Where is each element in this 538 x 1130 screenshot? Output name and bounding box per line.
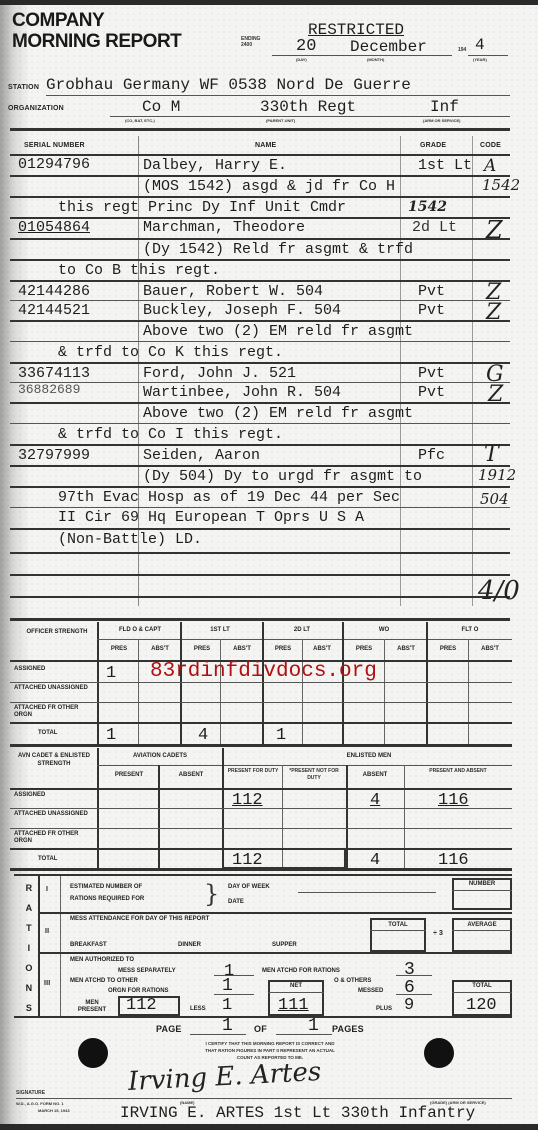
binder-hole-left <box>78 1038 108 1068</box>
row-rule <box>10 320 510 322</box>
grade-code-divider <box>472 136 473 606</box>
rations-letter: T <box>24 918 34 938</box>
station-label: STATION <box>8 84 39 91</box>
sub-pres: PRES <box>264 646 302 652</box>
roster-text: Above two (2) EM reld fr asgmt <box>143 323 413 340</box>
row-total: TOTAL <box>38 730 57 736</box>
section-iii: III <box>44 980 50 987</box>
officer-signature: Irving E. Artes <box>127 1057 322 1097</box>
rations-letter: R <box>24 878 34 898</box>
estimated-label-2: RATIONS REQUIRED FOR <box>70 896 144 902</box>
sub-absent-em: ABSENT <box>348 772 402 778</box>
row-rule <box>10 552 510 554</box>
net-value: 111 <box>278 996 309 1015</box>
roster-serial: 32797999 <box>18 447 90 464</box>
row-rule <box>10 788 512 790</box>
page-number: 1 <box>222 1016 233 1036</box>
roster-text: (MOS 1542) asgd & jd fr Co H <box>143 178 395 195</box>
roster-serial: 33674113 <box>18 365 90 382</box>
rations-side-label: R A T I O N S <box>24 878 34 1018</box>
group-fld-o-capt: FLD O & CAPT <box>100 627 180 633</box>
row-assigned: ASSIGNED <box>14 666 45 672</box>
rations-section: R A T I O N S I II III ESTIMATED NUMBER … <box>0 872 538 1018</box>
arm-value: Inf <box>430 98 459 116</box>
row-rule <box>10 702 512 703</box>
mess-total-label: TOTAL <box>370 922 426 928</box>
organization-label: ORGANIZATION <box>8 105 64 112</box>
roster-code: T <box>484 442 499 467</box>
less-value: 1 <box>222 996 232 1015</box>
roster-serial: 42144286 <box>18 283 90 300</box>
row-rule <box>10 280 510 282</box>
roster-code: 1912 <box>478 466 516 484</box>
roster-text: Above two (2) EM reld fr asgmt <box>143 405 413 422</box>
group-1st-lt: 1ST LT <box>180 627 260 633</box>
officer-total-fld-pres: 1 <box>106 726 116 745</box>
report-day: 20 <box>296 37 316 56</box>
estimated-label-1: ESTIMATED NUMBER OF <box>70 884 142 890</box>
col-divider <box>384 639 385 744</box>
col-divider <box>180 622 182 744</box>
roster-grade: 1st Lt <box>418 157 472 174</box>
report-month: December <box>350 38 427 56</box>
roster-grade: Pvt <box>418 365 445 382</box>
row-rule <box>10 722 512 724</box>
report-year: 4 <box>475 36 485 54</box>
certify-line: THAT RATION FIGURES IN PART II REPRESENT… <box>140 1047 400 1054</box>
section-ii: II <box>45 928 49 935</box>
roster-grade: Pfc <box>418 447 445 464</box>
roster-text: Bauer, Robert W. 504 <box>143 283 323 300</box>
parent-caption: (PARENT UNIT) <box>266 118 295 123</box>
officer-total-2d-pres: 1 <box>276 726 286 745</box>
em-assigned-present-and-absent: 116 <box>438 791 469 810</box>
net-label: NET <box>268 983 324 989</box>
men-atchd-other-label-1: MEN ATCHD TO OTHER <box>70 978 138 984</box>
col-code: CODE <box>480 142 501 149</box>
sub-absent: ABSENT <box>160 772 222 778</box>
row-rule <box>10 596 510 598</box>
row-rule <box>10 744 512 747</box>
average-label: AVERAGE <box>452 922 512 928</box>
col-name: NAME <box>255 142 276 149</box>
col-serial-number: SERIAL NUMBER <box>24 142 85 149</box>
men-atchd-for-value: 3 <box>404 960 415 980</box>
em-total-present-and-absent: 116 <box>438 851 469 870</box>
rations-letter: O <box>24 958 34 978</box>
row-rule <box>10 574 510 576</box>
men-atchd-other-label-2: ORGN FOR RATIONS <box>108 988 169 994</box>
col-divider <box>97 622 99 744</box>
roster-text: (Dy 1542) Reld fr asgmt & trfd <box>143 241 413 258</box>
em-total-absent: 4 <box>370 851 380 870</box>
signature-label: SIGNATURE <box>16 1090 45 1096</box>
men-atchd-for-label: MEN ATCHD FOR RATIONS <box>262 968 340 974</box>
sub-present-and-absent: PRESENT AND ABSENT <box>404 768 512 775</box>
roster-serial: 36882689 <box>18 382 80 397</box>
roster-text: Buckley, Joseph F. 504 <box>143 302 341 319</box>
row-rule <box>10 528 510 530</box>
em-assigned-absent: 4 <box>370 791 380 810</box>
roster-text: Ford, John J. 521 <box>143 365 296 382</box>
roster-text: to Co B this regt. <box>58 262 220 279</box>
plus-value: 9 <box>404 996 414 1015</box>
row-rule <box>10 486 510 488</box>
certify-line: I CERTIFY THAT THIS MORNING REPORT IS CO… <box>140 1040 400 1047</box>
sub-pres: PRES <box>182 646 222 652</box>
row-rule <box>10 362 510 364</box>
arm-caption: (ARM OR SERVICE) <box>423 118 460 123</box>
form-title: COMPANY MORNING REPORT <box>12 10 181 52</box>
grand-total-label: TOTAL <box>452 983 512 989</box>
sub-pres: PRES <box>428 646 468 652</box>
row-rule <box>10 238 510 240</box>
col-divider <box>262 622 264 744</box>
row-attached-other: ATTACHED FR OTHER ORGN <box>14 705 94 719</box>
col-divider <box>346 765 348 868</box>
row-rule <box>10 444 510 446</box>
month-caption: (MONTH) <box>367 57 384 62</box>
col-grade: GRADE <box>420 142 446 149</box>
form-label-2: MARCH 15, 1943 <box>38 1108 70 1113</box>
roster-serial: 42144521 <box>18 302 90 319</box>
col-divider <box>38 874 40 1016</box>
group-2d-lt: 2D LT <box>262 627 342 633</box>
year-underline <box>468 55 508 56</box>
plus-label: PLUS <box>376 1006 392 1012</box>
row-rule <box>14 1016 512 1018</box>
row-rule <box>10 175 510 177</box>
field-underline <box>396 975 432 976</box>
col-divider <box>138 639 139 744</box>
field-underline <box>190 1034 246 1035</box>
sub-abst: ABS'T <box>384 646 428 652</box>
date-label: DATE <box>228 899 244 905</box>
less-label: LESS <box>190 1006 206 1012</box>
ending-time-text: 2400 <box>241 42 260 48</box>
col-divider <box>220 639 221 744</box>
grand-total-value: 120 <box>466 996 497 1015</box>
roster-text: Marchman, Theodore <box>143 219 305 236</box>
field-underline <box>396 994 432 995</box>
sub-abst: ABS'T <box>140 646 180 652</box>
col-divider <box>404 765 405 868</box>
roster-text: Wartinbee, John R. 504 <box>143 384 341 401</box>
sub-present: PRESENT <box>100 772 158 778</box>
signature-line <box>16 1098 512 1099</box>
col-divider <box>158 765 160 868</box>
box-rule <box>452 992 512 993</box>
row-rule <box>10 341 510 342</box>
company-caption: (CO, BAT, ETC.) <box>125 118 155 123</box>
officer-strength-table: OFFICER STRENGTH FLD O & CAPT 1ST LT 2D … <box>0 622 538 744</box>
sub-abst: ABS'T <box>468 646 512 652</box>
row-rule <box>10 618 510 621</box>
day-of-week-field[interactable] <box>298 892 436 893</box>
company-value: Co M <box>142 98 180 116</box>
form-label-1: W.D., A.G.O. FORM NO. 1 <box>16 1101 64 1106</box>
group-enlisted-men: ENLISTED MEN <box>224 753 514 759</box>
row-rule <box>14 874 512 876</box>
row-rule <box>10 382 510 383</box>
col-divider <box>426 622 428 744</box>
roster-text: this regt Princ Dy Inf Unit Cmdr <box>58 199 346 216</box>
row-rule <box>38 952 512 954</box>
ending-label: ENDING 2400 <box>241 36 260 48</box>
enlisted-strength-table: AVN CADET & ENLISTED STRENGTH AVIATION C… <box>0 748 538 870</box>
row-rule <box>10 507 510 508</box>
org-underline <box>110 116 510 117</box>
officer-strength-label: OFFICER STRENGTH <box>22 628 92 636</box>
year-caption: (YEAR) <box>473 57 487 62</box>
row-rule <box>38 912 512 914</box>
row-rule <box>10 423 510 424</box>
breakfast-label: BREAKFAST <box>70 942 107 948</box>
field-underline <box>214 994 254 995</box>
scan-border-bottom <box>0 1124 538 1130</box>
row-rule <box>10 828 512 829</box>
page-count: 1 <box>308 1016 319 1036</box>
station-underline <box>46 95 510 96</box>
row-rule <box>10 196 510 198</box>
dinner-label: DINNER <box>178 942 201 948</box>
group-flt-o: FLT O <box>428 627 512 633</box>
date-underline <box>272 55 452 56</box>
row-rule <box>10 259 510 261</box>
roster-serial: 01294796 <box>18 156 90 173</box>
margin-note: 4/0 <box>478 580 520 602</box>
roster-code: A <box>484 156 496 176</box>
men-atchd-other-value: 1 <box>222 976 233 996</box>
row-rule <box>10 402 510 404</box>
men-present-label: MEN PRESENT <box>74 1000 110 1014</box>
rations-letter: N <box>24 978 34 998</box>
roster-text: Dalbey, Harry E. <box>143 157 287 174</box>
row-assigned: ASSIGNED <box>14 792 45 798</box>
em-total-present-duty: 112 <box>232 851 263 870</box>
roster-code: 504 <box>480 490 509 508</box>
box-rule <box>268 992 324 993</box>
mess-attendance-label: MESS ATTENDANCE FOR DAY OF THIS REPORT <box>70 916 209 922</box>
section-i: I <box>46 886 48 893</box>
row-rule <box>10 300 510 301</box>
brace-icon: } <box>204 880 219 908</box>
page-label: PAGE <box>156 1024 182 1034</box>
officer-assigned-fld-pres: 1 <box>106 664 116 683</box>
row-attached-unassigned: ATTACHED UNASSIGNED <box>14 685 94 692</box>
box-rule <box>452 930 512 931</box>
binder-hole-right <box>424 1038 454 1068</box>
group-aviation-cadets: AVIATION CADETS <box>100 753 220 759</box>
morning-report-document: COMPANY MORNING REPORT ENDING 2400 RESTR… <box>0 0 538 1130</box>
sub-present-for-duty: PRESENT FOR DUTY <box>226 768 280 775</box>
rations-letter: A <box>24 898 34 918</box>
rations-letter: S <box>24 998 34 1018</box>
day-caption: (DAY) <box>296 57 307 62</box>
em-assigned-present-duty: 112 <box>232 791 263 810</box>
roster-grade: Pvt <box>418 384 445 401</box>
scan-border-top <box>0 0 538 5</box>
sub-pres: PRES <box>100 646 138 652</box>
row-total: TOTAL <box>38 856 57 862</box>
title-line-1: COMPANY <box>12 10 181 31</box>
men-auth-label-2: MESS SEPARATELY <box>118 968 176 974</box>
parent-unit-value: 330th Regt <box>260 98 356 116</box>
pages-label: PAGES <box>332 1024 364 1034</box>
box-rule <box>370 930 426 931</box>
col-divider <box>60 874 61 1016</box>
col-divider <box>302 639 303 744</box>
men-present-value: 112 <box>126 996 157 1015</box>
col-divider <box>342 622 344 744</box>
title-line-2: MORNING REPORT <box>12 31 181 52</box>
certification-text: I CERTIFY THAT THIS MORNING REPORT IS CO… <box>140 1040 400 1061</box>
others-label-1: O & OTHERS <box>334 978 371 984</box>
roster-serial: 01054864 <box>18 219 90 236</box>
roster-text: 97th Evac Hosp as of 19 Dec 44 per Sec <box>58 489 400 506</box>
sub-abst: ABS'T <box>302 646 342 652</box>
box-rule <box>452 890 512 891</box>
roster-text: II Cir 69 Hq European T Oprs U S A <box>58 509 364 526</box>
supper-label: SUPPER <box>272 942 297 948</box>
roster-text: (Dy 504) Dy to urgd fr asgmt to <box>143 468 422 485</box>
group-wo: WO <box>342 627 426 633</box>
name-grade-divider <box>400 136 401 606</box>
field-underline <box>276 1034 332 1035</box>
roster-grade: 1542 <box>408 199 447 215</box>
roster-grade: Pvt <box>418 302 445 319</box>
group-rule <box>97 639 512 640</box>
number-label: NUMBER <box>452 881 512 887</box>
row-attached-other: ATTACHED FR OTHER ORGN <box>14 831 94 845</box>
row-attached-unassigned: ATTACHED UNASSIGNED <box>14 811 94 818</box>
roster-text: & trfd to Co I this regt. <box>58 426 283 443</box>
station-value: Grobhau Germany WF 0538 Nord De Guerre <box>46 76 411 94</box>
col-divider <box>468 639 469 744</box>
men-auth-label-1: MEN AUTHORIZED TO <box>70 957 134 963</box>
enlisted-strength-label: AVN CADET & ENLISTED STRENGTH <box>14 752 94 768</box>
of-label: OF <box>254 1024 267 1034</box>
roster-text: Seiden, Aaron <box>143 447 260 464</box>
others-value: 6 <box>404 978 415 998</box>
day-of-week-label: DAY OF WEEK <box>228 884 270 890</box>
sub-present-not-for-duty: *PRESENT NOT FOR DUTY <box>284 768 344 782</box>
year-prefix: 194 <box>458 47 466 53</box>
header-divider <box>10 128 510 131</box>
classification-stamp: RESTRICTED <box>308 21 404 39</box>
row-rule <box>10 465 510 467</box>
roster-grade: Pvt <box>418 283 445 300</box>
others-label-2: MESSED <box>358 988 383 994</box>
signer-typed-name: IRVING E. ARTES 1st Lt 330th Infantry <box>120 1104 475 1122</box>
divide-by-three: ÷ 3 <box>432 930 444 937</box>
sub-abst: ABS'T <box>222 646 262 652</box>
website-watermark: 83rdinfdivdocs.org <box>150 660 377 683</box>
roster-text: (Non-Battle) LD. <box>58 531 202 548</box>
roster-code: 1542 <box>482 176 520 194</box>
roster-text: & trfd to Co K this regt. <box>58 344 283 361</box>
rations-letter: I <box>24 938 34 958</box>
officer-total-1st-pres: 4 <box>198 726 208 745</box>
roster-grade: 2d Lt <box>412 219 457 236</box>
sub-pres: PRES <box>344 646 384 652</box>
